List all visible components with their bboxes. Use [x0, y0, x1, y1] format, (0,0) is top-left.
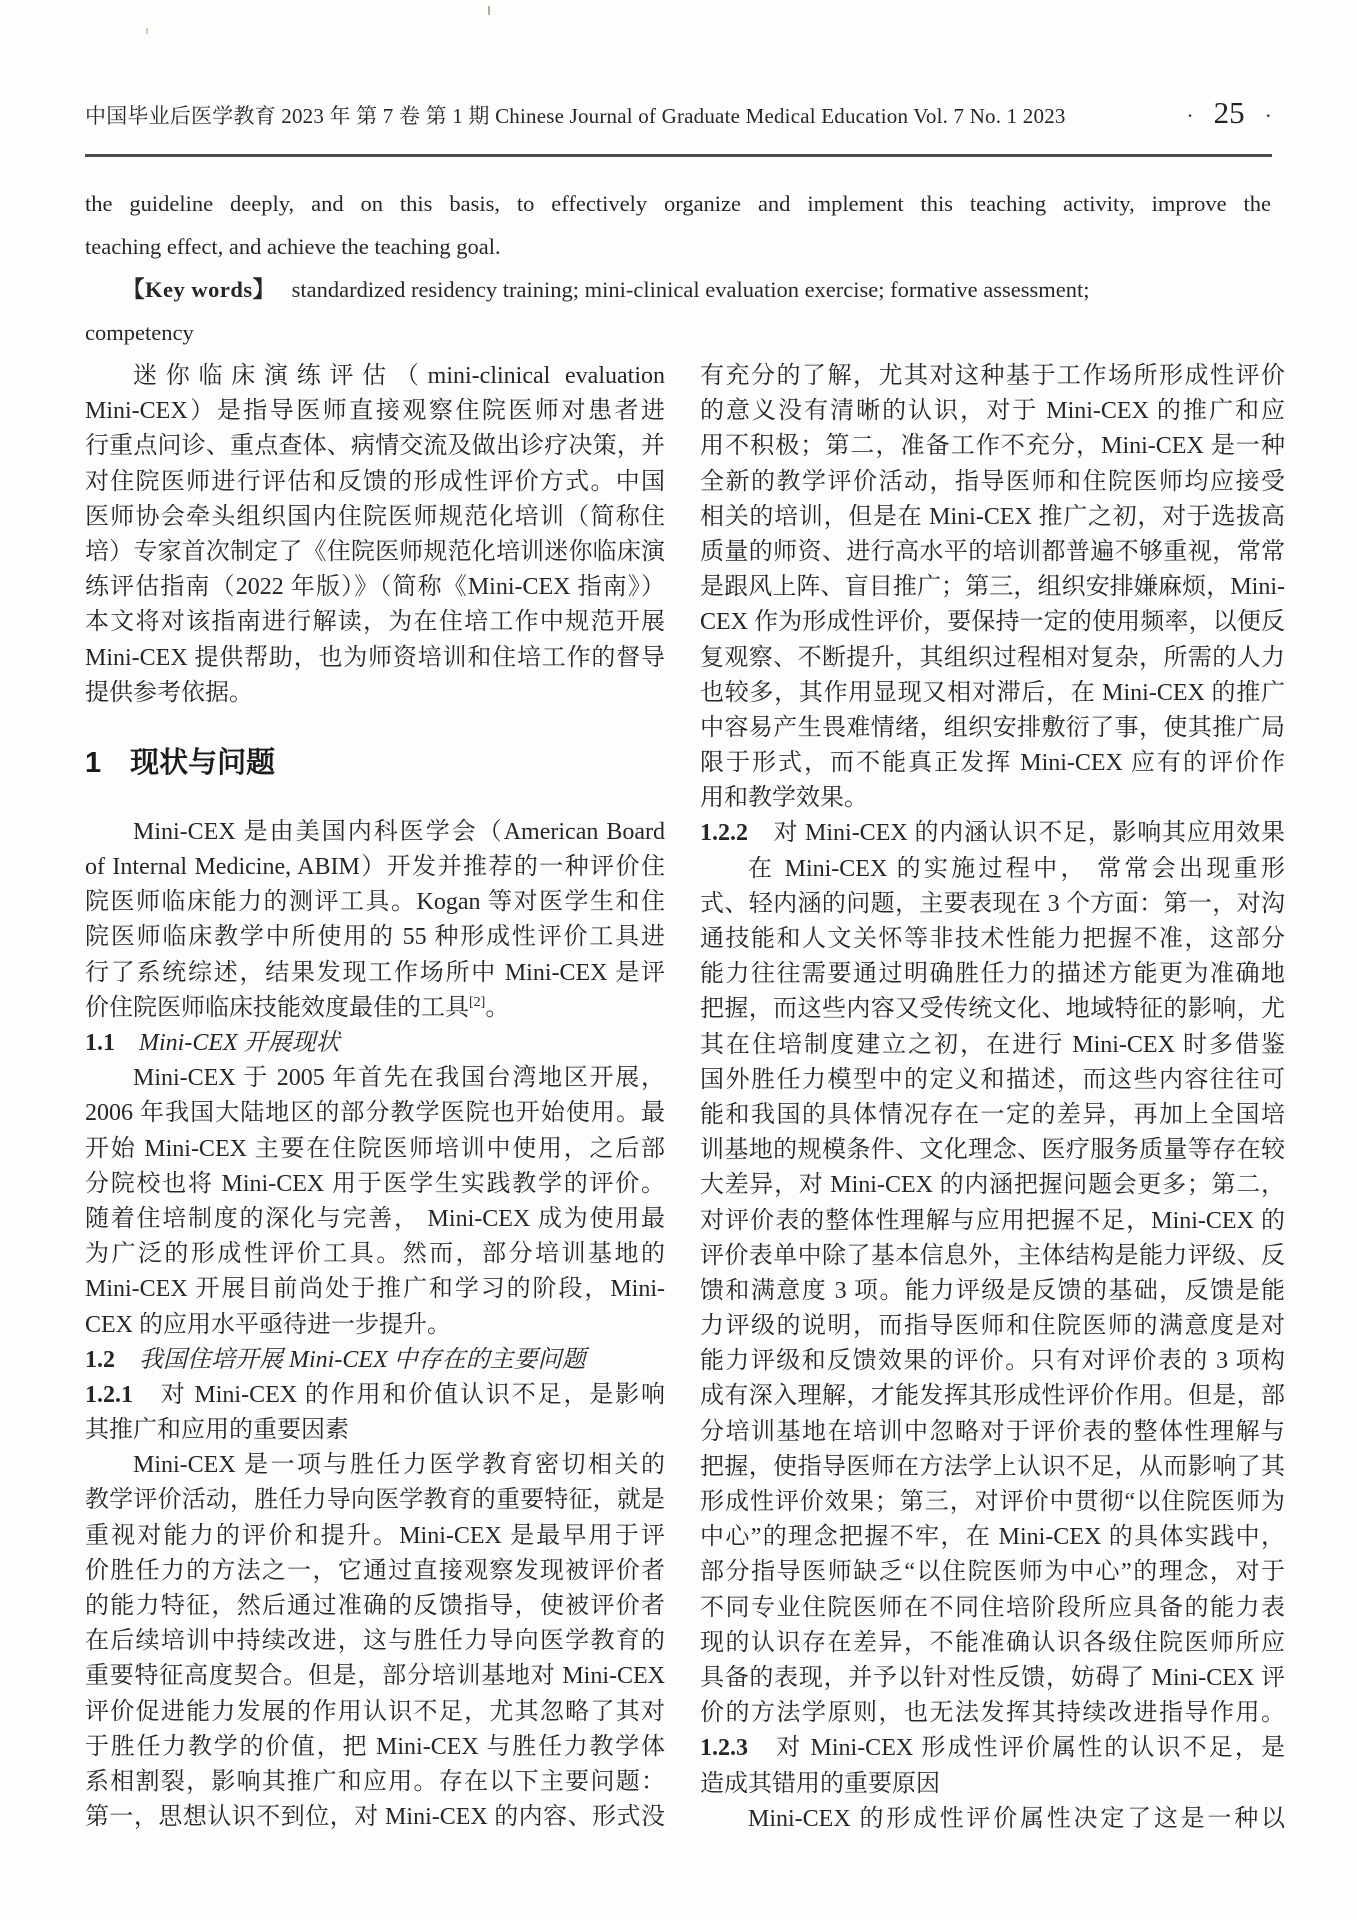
text-line: 复观察、不断提升，其组织过程相对复杂，所需的人力: [700, 641, 1285, 676]
text-line: 价住院医师临床技能效度最佳的工具[2]。: [85, 991, 665, 1026]
scan-artifact-mark: [146, 28, 148, 34]
left-column: 迷你临床演练评估（mini-clinical evaluation exerci…: [85, 359, 665, 1837]
text-line: 限于形式，而不能真正发挥 Mini-CEX 应有的评价作: [700, 746, 1285, 781]
keywords-overflow-line: competency: [85, 311, 1271, 354]
text-line: 行重点问诊、重点查体、病情交流及做出诊疗决策，并: [85, 429, 665, 464]
text-line: 大差异，对 Mini-CEX 的内涵把握问题会更多；第二，: [700, 1168, 1285, 1203]
text-line: 用和教学效果。: [700, 781, 1285, 816]
text-line: 其推广和应用的重要因素: [85, 1413, 665, 1448]
journal-info: 中国毕业后医学教育 2023 年 第 7 卷 第 1 期 Chinese Jou…: [85, 100, 1066, 130]
text-line: 能和我国的具体情况存在一定的差异，再加上全国培: [700, 1098, 1285, 1133]
text-line: 医师协会牵头组织国内住院医师规范化培训（简称住: [85, 500, 665, 535]
text-line: 1.2.2 对 Mini-CEX 的内涵认识不足，影响其应用效果: [700, 816, 1285, 851]
text-line: 中心”的理念把握不牢，在 Mini-CEX 的具体实践中，: [700, 1520, 1285, 1555]
text-line: 院医师临床教学中所使用的 55 种形成性评价工具进: [85, 920, 665, 955]
text-line: 提供参考依据。: [85, 676, 665, 711]
right-column: 有充分的了解，尤其对这种基于工作场所形成性评价的意义没有清晰的认识，对于 Min…: [700, 359, 1285, 1837]
text-line: 也较多，其作用显现又相对滞后，在 Mini-CEX 的推广: [700, 676, 1285, 711]
text-line: 迷你临床演练评估（mini-clinical evaluation exerci…: [85, 359, 665, 394]
header-divider: [85, 154, 1272, 157]
text-line: 练评估指南（2022 年版）》（简称《Mini-CEX 指南》）[1]。: [85, 570, 665, 605]
page-number: ·25·: [1186, 95, 1272, 131]
text-line: 对评价表的整体性理解与应用把握不足，Mini-CEX 的: [700, 1204, 1285, 1239]
text-line: 分院校也将 Mini-CEX 用于医学生实践教学的评价。: [85, 1167, 665, 1202]
page-number-dot-left: ·: [1186, 103, 1193, 128]
text-line: 中容易产生畏难情绪，组织安排敷衍了事，使其推广局: [700, 711, 1285, 746]
text-line: 训基地的规模条件、文化理念、医疗服务质量等存在较: [700, 1133, 1285, 1168]
text-line: 教学评价活动，胜任力导向医学教育的重要特征，就是: [85, 1483, 665, 1518]
text-line: 在后续培训中持续改进，这与胜任力导向医学教育的: [85, 1624, 665, 1659]
page-header: 中国毕业后医学教育 2023 年 第 7 卷 第 1 期 Chinese Jou…: [85, 95, 1272, 131]
text-line: Mini-CEX 提供帮助，也为师资培训和住培工作的督导: [85, 641, 665, 676]
text-line: 重要特征高度契合。但是，部分培训基地对 Mini-CEX: [85, 1659, 665, 1694]
text-line: 为广泛的形成性评价工具。然而，部分培训基地的: [85, 1237, 665, 1272]
keywords-label: 【Key words】: [122, 277, 276, 302]
text-line: 馈和满意度 3 项。能力评级是反馈的基础，反馈是能: [700, 1274, 1285, 1309]
text-line: 是跟风上阵、盲目推广；第三，组织安排嫌麻烦，Mini-: [700, 570, 1285, 605]
two-column-body: 迷你临床演练评估（mini-clinical evaluation exerci…: [85, 359, 1285, 1837]
text-line: 质量的师资、进行高水平的培训都普遍不够重视，常常: [700, 535, 1285, 570]
text-line: 力评级的说明，而指导医师和住院医师的满意度是对: [700, 1309, 1285, 1344]
scan-artifact-mark: [488, 6, 490, 15]
text-line: 有充分的了解，尤其对这种基于工作场所形成性评价: [700, 359, 1285, 394]
subsection-heading: 1.2 我国住培开展 Mini-CEX 中存在的主要问题: [85, 1343, 665, 1378]
keywords-text: standardized residency training; mini-cl…: [292, 277, 1090, 302]
subsection-heading: 1.1 Mini-CEX 开展现状: [85, 1026, 665, 1061]
journal-page: 中国毕业后医学教育 2023 年 第 7 卷 第 1 期 Chinese Jou…: [0, 0, 1357, 1920]
text-line: 培）专家首次制定了《住院医师规范化培训迷你临床演: [85, 535, 665, 570]
text-line: 价的方法学原则，也无法发挥其持续改进指导作用。: [700, 1696, 1285, 1731]
text-line: 其在住培制度建立之初，在进行 Mini-CEX 时多借鉴: [700, 1028, 1285, 1063]
text-line: 对住院医师进行评估和反馈的形成性评价方式。中国: [85, 465, 665, 500]
text-line: 现的认识存在差异，不能准确认识各级住院医师所应: [700, 1626, 1285, 1661]
text-line: Mini-CEX 于 2005 年首先在我国台湾地区开展，: [85, 1061, 665, 1096]
text-line: 院医师临床能力的测评工具。Kogan 等对医学生和住: [85, 885, 665, 920]
text-line: 形成性评价效果；第三，对评价中贯彻“以住院医师为: [700, 1485, 1285, 1520]
text-line: 随着住培制度的深化与完善， Mini-CEX 成为使用最: [85, 1202, 665, 1237]
text-line: 能力评级和反馈效果的评价。只有对评价表的 3 项构: [700, 1344, 1285, 1379]
text-line: of Internal Medicine, ABIM）开发并推荐的一种评价住: [85, 850, 665, 885]
text-line: Mini-CEX）是指导医师直接观察住院医师对患者进: [85, 394, 665, 429]
text-line: 系相割裂，影响其推广和应用。存在以下主要问题：: [85, 1765, 665, 1800]
text-line: 部分指导医师缺乏“以住院医师为中心”的理念，对于: [700, 1555, 1285, 1590]
text-line: 行了系统综述，结果发现工作场所中 Mini-CEX 是评: [85, 956, 665, 991]
text-line: 不同专业住院医师在不同住培阶段所应具备的能力表: [700, 1591, 1285, 1626]
keywords-line: 【Key words】standardized residency traini…: [85, 268, 1271, 311]
text-line: 具备的表现，并予以针对性反馈，妨碍了 Mini-CEX 评: [700, 1661, 1285, 1696]
text-line: 分培训基地在培训中忽略对于评价表的整体性理解与: [700, 1415, 1285, 1450]
abstract-english-block: the guideline deeply, and on this basis,…: [85, 182, 1271, 354]
text-line: 把握，而这些内容又受传统文化、地域特征的影响，尤: [700, 992, 1285, 1027]
section-heading: 1 现状与问题: [85, 711, 665, 815]
text-line: 通技能和人文关怀等非技术性能力把握不准，这部分: [700, 922, 1285, 957]
text-line: 把握，使指导医师在方法学上认识不足，从而影响了其: [700, 1450, 1285, 1485]
page-number-dot-right: ·: [1265, 103, 1272, 128]
text-line: 能力往往需要通过明确胜任力的描述方能更为准确地: [700, 957, 1285, 992]
journal-title-zh: 中国毕业后医学教育 2023 年 第 7 卷 第 1 期: [85, 104, 490, 128]
text-line: 成有深入理解，才能发挥其形成性评价作用。但是，部: [700, 1379, 1285, 1414]
text-line: 用不积极；第二，准备工作不充分，Mini-CEX 是一种: [700, 429, 1285, 464]
page-number-value: 25: [1214, 95, 1245, 130]
abstract-text-line: the guideline deeply, and on this basis,…: [85, 182, 1271, 225]
text-line: 1.2.1 对 Mini-CEX 的作用和价值认识不足，是影响: [85, 1378, 665, 1413]
text-line: Mini-CEX 开展目前尚处于推广和学习的阶段，Mini-: [85, 1272, 665, 1307]
abstract-text-line: teaching effect, and achieve the teachin…: [85, 225, 1271, 268]
text-line: Mini-CEX 的形成性评价属性决定了这是一种以: [700, 1802, 1285, 1837]
text-line: 价胜任力的方法之一，它通过直接观察发现被评价者: [85, 1554, 665, 1589]
text-line: CEX 的应用水平亟待进一步提升。: [85, 1308, 665, 1343]
text-line: CEX 作为形成性评价，要保持一定的使用频率，以便反: [700, 605, 1285, 640]
text-line: 2006 年我国大陆地区的部分教学医院也开始使用。最: [85, 1096, 665, 1131]
text-line: 于胜任力教学的价值，把 Mini-CEX 与胜任力教学体: [85, 1730, 665, 1765]
text-line: 评价促进能力发展的作用认识不足，尤其忽略了其对: [85, 1695, 665, 1730]
text-line: 1.2.3 对 Mini-CEX 形成性评价属性的认识不足，是: [700, 1731, 1285, 1766]
text-line: 第一，思想认识不到位，对 Mini-CEX 的内容、形式没: [85, 1800, 665, 1835]
journal-title-en: Chinese Journal of Graduate Medical Educ…: [495, 104, 1066, 128]
text-line: 本文将对该指南进行解读，为在住培工作中规范开展: [85, 605, 665, 640]
text-line: 相关的培训，但是在 Mini-CEX 推广之初，对于选拔高: [700, 500, 1285, 535]
text-line: 式、轻内涵的问题，主要表现在 3 个方面：第一，对沟: [700, 887, 1285, 922]
text-line: Mini-CEX 是一项与胜任力医学教育密切相关的: [85, 1448, 665, 1483]
text-line: 造成其错用的重要原因: [700, 1767, 1285, 1802]
text-line: Mini-CEX 是由美国内科医学会（American Board: [85, 815, 665, 850]
text-line: 的意义没有清晰的认识，对于 Mini-CEX 的推广和应: [700, 394, 1285, 429]
text-line: 在 Mini-CEX 的实施过程中， 常常会出现重形: [700, 852, 1285, 887]
text-line: 全新的教学评价活动，指导医师和住院医师均应接受: [700, 465, 1285, 500]
text-line: 重视对能力的评价和提升。Mini-CEX 是最早用于评: [85, 1519, 665, 1554]
text-line: 开始 Mini-CEX 主要在住院医师培训中使用，之后部: [85, 1132, 665, 1167]
text-line: 国外胜任力模型中的定义和描述，而这些内容往往可: [700, 1063, 1285, 1098]
text-line: 评价表单中除了基本信息外，主体结构是能力评级、反: [700, 1239, 1285, 1274]
text-line: 的能力特征，然后通过准确的反馈指导，使被评价者: [85, 1589, 665, 1624]
